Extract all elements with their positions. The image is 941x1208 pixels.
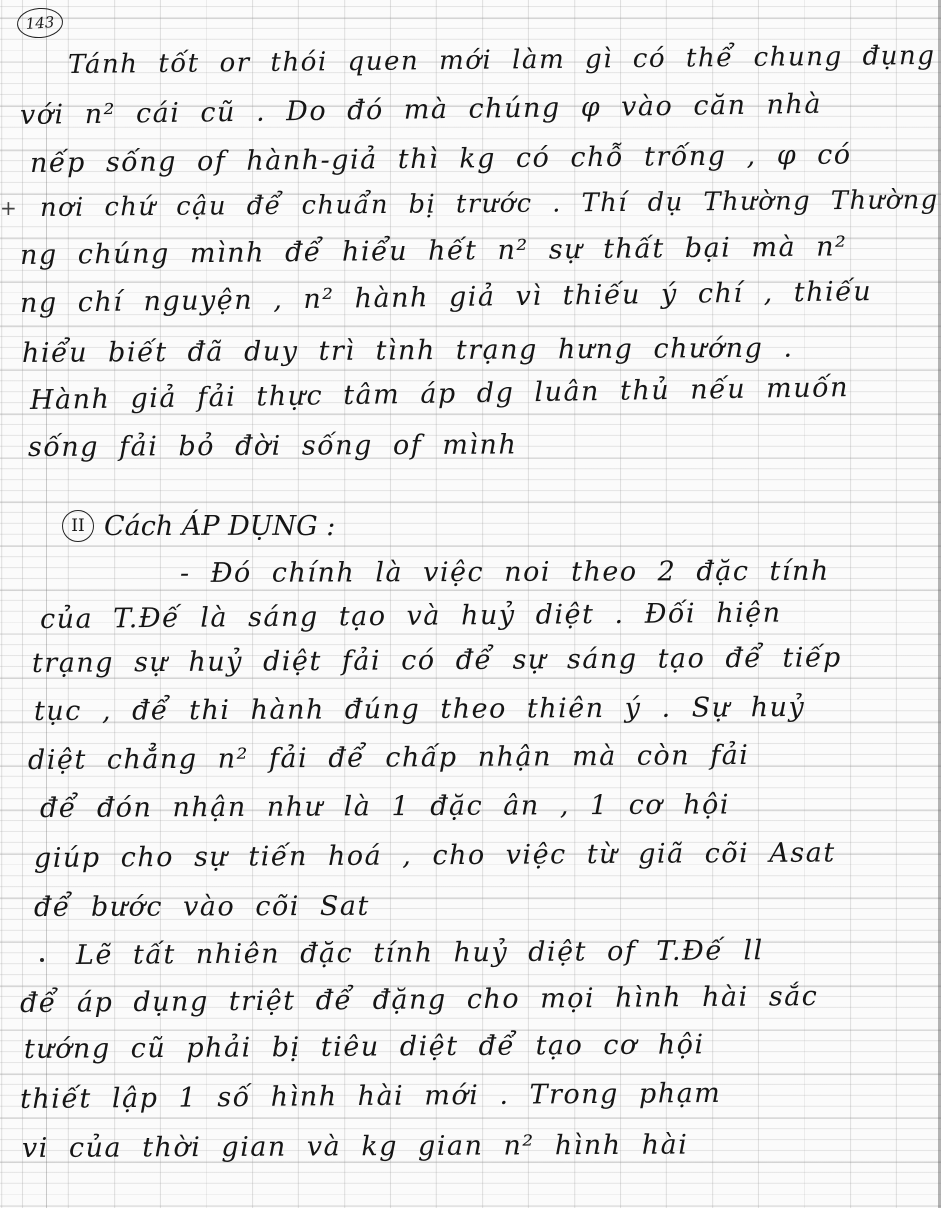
handwritten-line: - Đó chính là việc noi theo 2 đặc tính bbox=[180, 556, 830, 589]
section-heading: II Cách ÁP DỤNG : bbox=[62, 510, 335, 542]
stray-pen-mark: + bbox=[0, 196, 17, 220]
handwritten-line: với n² cái cũ . Do đó mà chúng φ vào căn… bbox=[20, 89, 822, 131]
handwritten-line: của T.Đế là sáng tạo và huỷ diệt . Đối h… bbox=[40, 598, 782, 635]
handwritten-line: sống fải bỏ đời sống of mình bbox=[28, 429, 517, 463]
handwritten-line: Tánh tốt or thói quen mới làm gì có thể … bbox=[68, 41, 936, 80]
section-numeral: II bbox=[62, 510, 94, 542]
handwritten-line: nếp sống of hành-giả thì kg có chỗ trống… bbox=[30, 139, 852, 179]
handwritten-line: thiết lập 1 số hình hài mới . Trong phạm bbox=[20, 1078, 722, 1115]
handwritten-line: tục , để thi hành đúng theo thiên ý . Sự… bbox=[34, 692, 805, 727]
handwritten-line: trạng sự huỷ diệt fải có để sự sáng tạo … bbox=[32, 642, 842, 679]
page-number: 143 bbox=[16, 6, 64, 39]
handwritten-line: hiểu biết đã duy trì tình trạng hưng chư… bbox=[22, 333, 794, 369]
handwritten-line: Hành giả fải thực tâm áp dg luân thủ nếu… bbox=[30, 372, 850, 416]
handwritten-line: nơi chứ cậu để chuẩn bị trước . Thí dụ T… bbox=[40, 185, 939, 223]
bullet-dot bbox=[40, 958, 44, 962]
handwritten-line: Lẽ tất nhiên đặc tính huỷ diệt of T.Đế l… bbox=[76, 935, 764, 971]
handwritten-line: tướng cũ phải bị tiêu diệt để tạo cơ hội bbox=[24, 1029, 705, 1065]
notebook-page: 143 Tánh tốt or thói quen mới làm gì có … bbox=[0, 0, 941, 1208]
handwritten-line: ng chí nguyện , n² hành giả vì thiếu ý c… bbox=[20, 276, 873, 319]
handwritten-line: giúp cho sự tiến hoá , cho việc từ giã c… bbox=[34, 837, 836, 874]
handwritten-line: để áp dụng triệt để đặng cho mọi hình hà… bbox=[20, 981, 819, 1019]
section-title: Cách ÁP DỤNG : bbox=[104, 511, 335, 542]
handwritten-line: diệt chẳng n² fải để chấp nhận mà còn fả… bbox=[28, 740, 750, 776]
handwritten-line: để đón nhận như là 1 đặc ân , 1 cơ hội bbox=[40, 789, 730, 824]
handwritten-line: vi của thời gian và kg gian n² hình hài bbox=[22, 1130, 688, 1164]
handwritten-line: ng chúng mình để hiểu hết n² sự thất bại… bbox=[20, 231, 848, 271]
handwritten-line: để bước vào cõi Sat bbox=[34, 891, 370, 923]
